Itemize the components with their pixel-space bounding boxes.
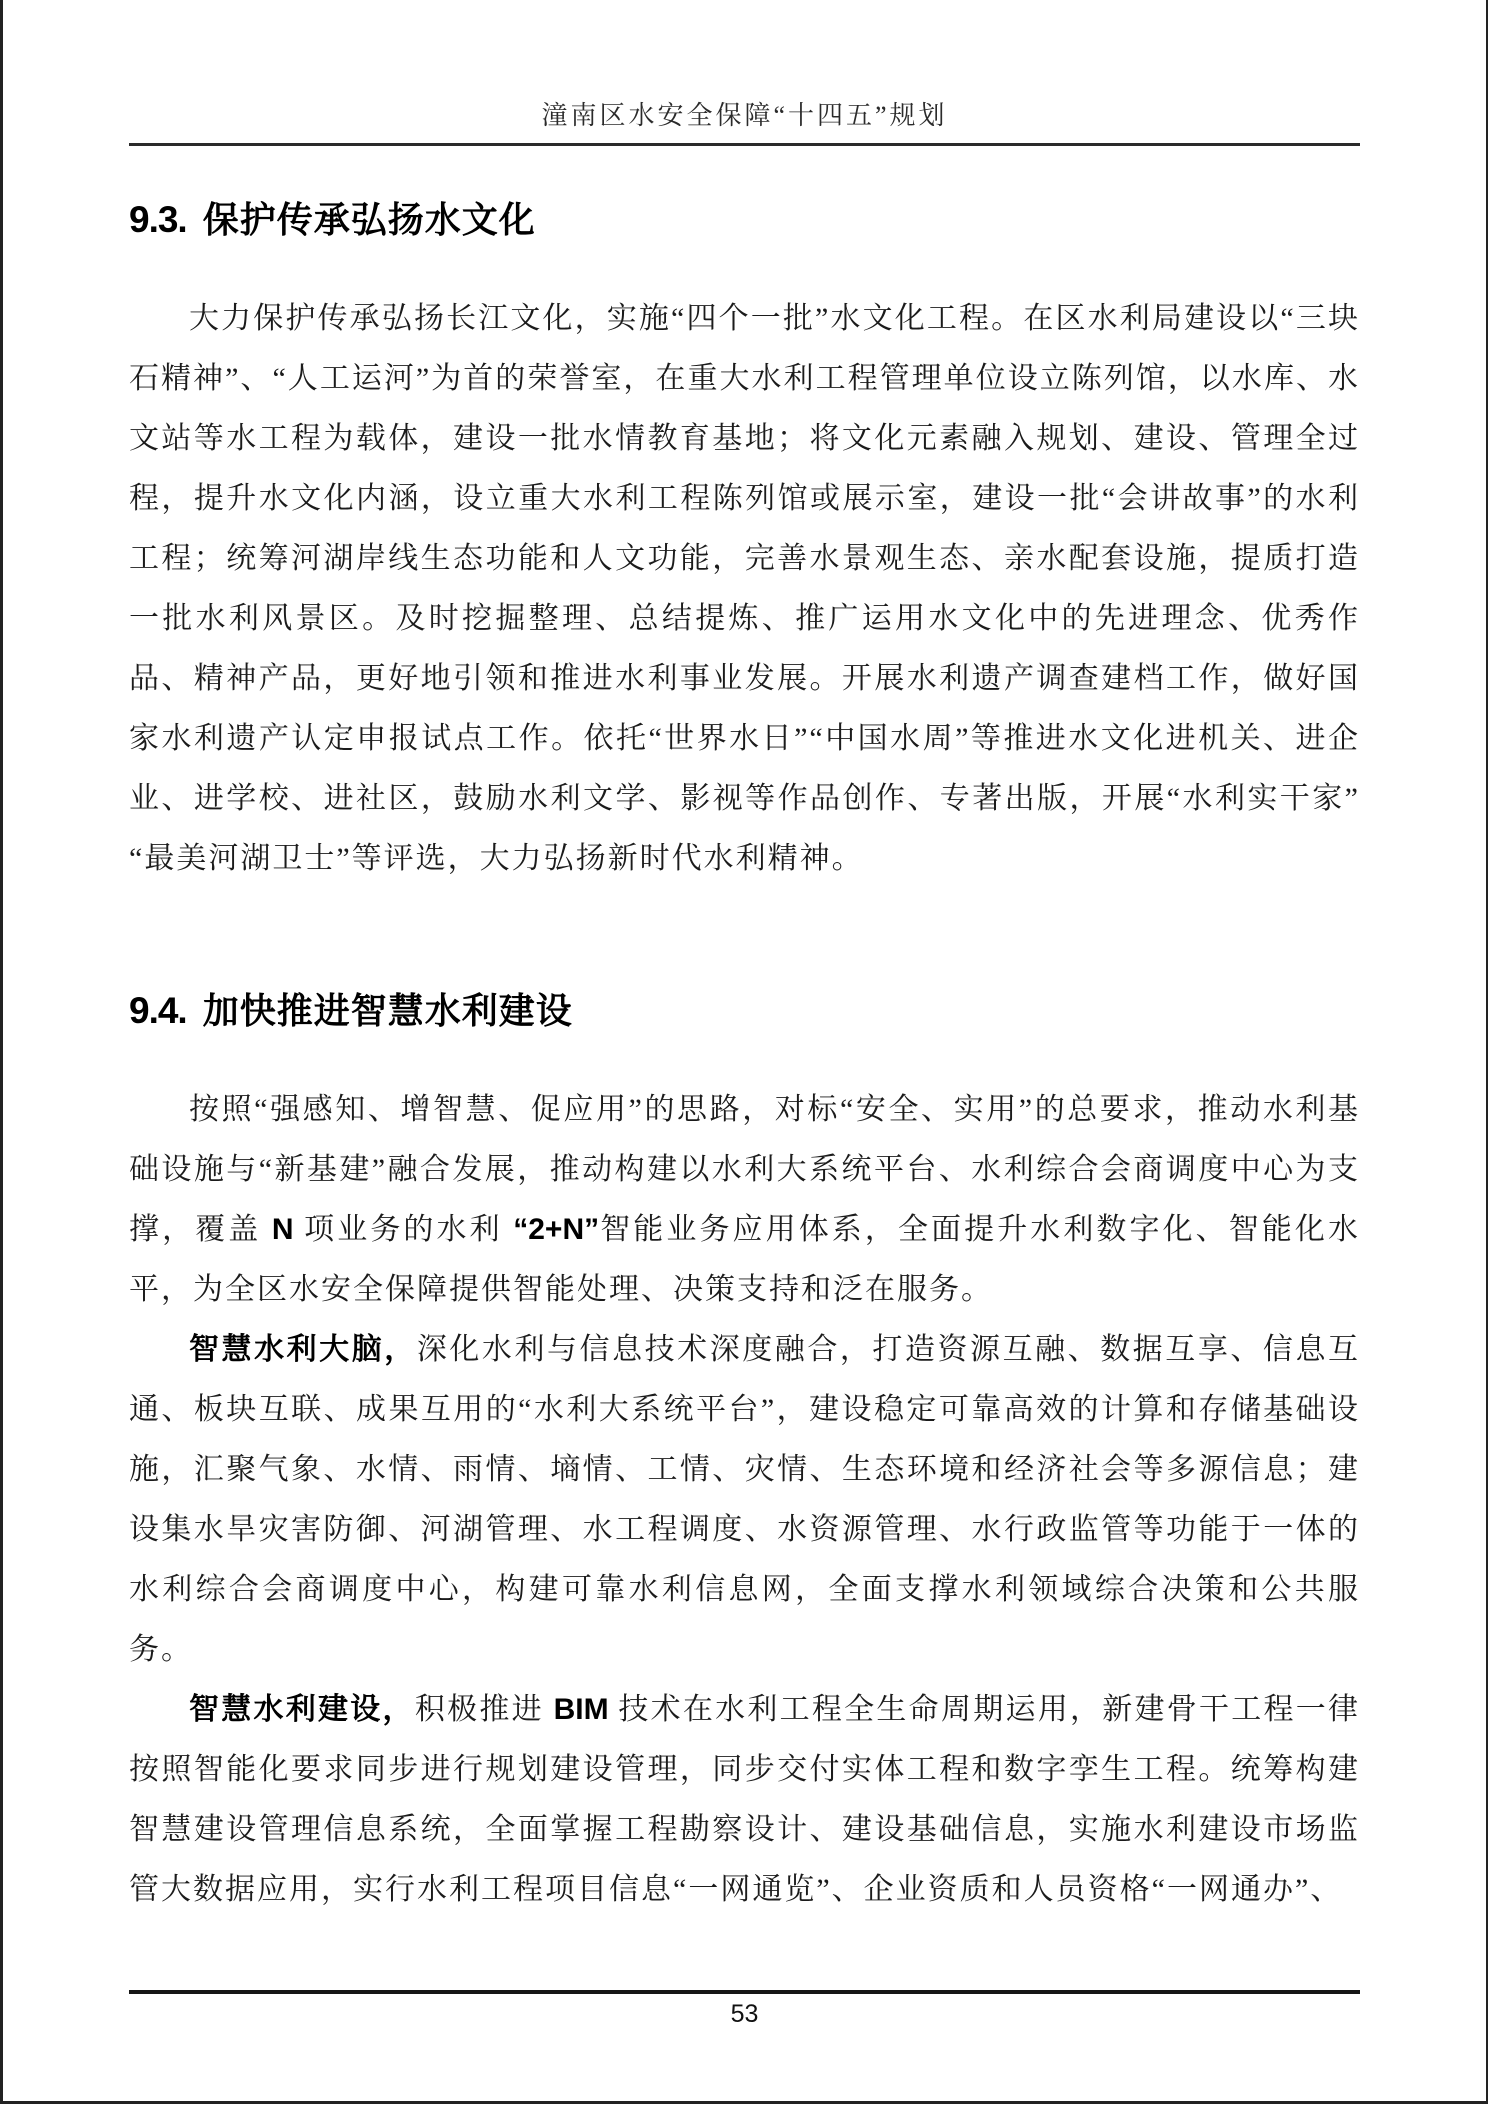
text-segment: N [272, 1213, 294, 1246]
text-segment: 智慧水利大脑， [189, 1333, 417, 1366]
body-paragraph: 按照“强感知、增智慧、促应用”的思路，对标“安全、实用”的总要求，推动水利基础设… [129, 1080, 1360, 1320]
page-number: 53 [129, 2000, 1360, 2029]
section-heading-9-4: 9.4. 加快推进智慧水利建设 [129, 983, 1360, 1034]
section-title: 加快推进智慧水利建设 [203, 983, 573, 1034]
text-segment: 积极推进 [415, 1693, 554, 1726]
text-segment: BIM [554, 1693, 609, 1726]
body-paragraph: 智慧水利建设，积极推进 BIM 技术在水利工程全生命周期运用，新建骨干工程一律按… [129, 1680, 1360, 1920]
document-page: 潼南区水安全保障“十四五”规划 9.3. 保护传承弘扬水文化 大力保护传承弘扬长… [0, 0, 1488, 2104]
section-number: 9.3. [129, 199, 187, 241]
section-title: 保护传承弘扬水文化 [203, 192, 536, 243]
body-paragraph: 智慧水利大脑，深化水利与信息技术深度融合，打造资源互融、数据互享、信息互通、板块… [129, 1320, 1360, 1680]
document-header-title: 潼南区水安全保障“十四五”规划 [129, 100, 1360, 132]
text-segment: 项业务的水利 [294, 1213, 514, 1246]
section-9-4: 9.4. 加快推进智慧水利建设 按照“强感知、增智慧、促应用”的思路，对标“安全… [129, 983, 1360, 1920]
page-footer: 53 [129, 1990, 1360, 2101]
document-body: 9.3. 保护传承弘扬水文化 大力保护传承弘扬长江文化，实施“四个一批”水文化工… [129, 146, 1360, 1920]
body-paragraph: 大力保护传承弘扬长江文化，实施“四个一批”水文化工程。在区水利局建设以“三块石精… [129, 289, 1360, 889]
text-segment: 大力保护传承弘扬长江文化，实施“四个一批”水文化工程。在区水利局建设以“三块石精… [129, 302, 1360, 875]
section-heading-9-3: 9.3. 保护传承弘扬水文化 [129, 192, 1360, 243]
text-segment: 深化水利与信息技术深度融合，打造资源互融、数据互享、信息互通、板块互联、成果互用… [129, 1333, 1360, 1666]
page-header: 潼南区水安全保障“十四五”规划 [129, 100, 1360, 146]
footer-divider [129, 1990, 1360, 1994]
section-number: 9.4. [129, 990, 187, 1032]
text-segment: “2+N” [513, 1213, 599, 1246]
section-9-3: 9.3. 保护传承弘扬水文化 大力保护传承弘扬长江文化，实施“四个一批”水文化工… [129, 192, 1360, 889]
text-segment: 智慧水利建设， [189, 1693, 415, 1726]
